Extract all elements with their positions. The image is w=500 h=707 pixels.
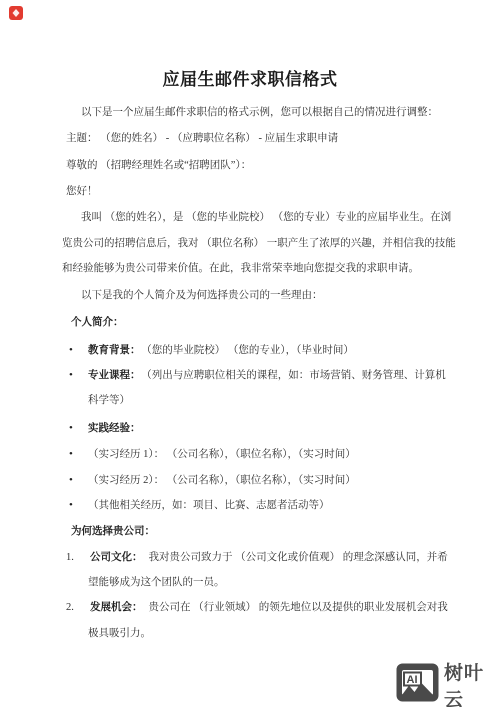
bullet-item-other: •（其他相关经历，如：项目、比赛、志愿者活动等） bbox=[69, 499, 330, 512]
bullet-icon: • bbox=[69, 448, 88, 461]
svg-text:AI: AI bbox=[407, 674, 418, 686]
bullet-icon: • bbox=[69, 369, 88, 382]
bullet-item-internship1: •（实习经历 1）： （公司名称），（职位名称），（实习时间） bbox=[69, 448, 356, 461]
bullet-label: 教育背景： bbox=[88, 345, 141, 356]
shuyeyun-logo-icon: AI bbox=[396, 663, 439, 707]
watermark-badge: AI 树叶云 bbox=[396, 658, 500, 707]
document-page: { "page": { "title": "应届生邮件求职信格式", "wate… bbox=[0, 0, 500, 707]
bullet-text: （列出与应聘职位相关的课程，如：市场营销、财务管理、计算机 bbox=[147, 370, 446, 381]
bullet-text: （实习经历 2）： （公司名称），（职位名称），（实习时间） bbox=[88, 475, 356, 486]
subject-line: 主题： （您的姓名） - （应聘职位名称） - 应届生求职申请 bbox=[66, 132, 338, 145]
numbered-label: 发展机会： bbox=[90, 602, 143, 613]
intro-paragraph: 以下是一个应届生邮件求职信的格式示例，您可以根据自己的情况进行调整： bbox=[81, 106, 438, 119]
body-line: 览贵公司的招聘信息后，我对 （职位名称） 一职产生了浓厚的兴趣，并相信我的技能 bbox=[62, 237, 456, 250]
page-title: 应届生邮件求职信格式 bbox=[0, 65, 500, 90]
body-line: 我叫 （您的姓名），是 （您的毕业院校） （您的专业）专业的应届毕业生。在浏 bbox=[81, 211, 451, 224]
section-heading-why: 为何选择贵公司： bbox=[71, 525, 155, 538]
bullet-icon: • bbox=[69, 344, 88, 357]
body-line: 以下是我的个人简介及为何选择贵公司的一些理由： bbox=[81, 289, 323, 302]
numbered-text: 贵公司在 （行业领域） 的领先地位以及提供的职业发展机会对我 bbox=[149, 602, 448, 613]
list-number: 2. bbox=[66, 601, 90, 614]
bullet-item-education: •教育背景：（您的毕业院校） （您的专业），（毕业时间） bbox=[69, 344, 354, 357]
numbered-label: 公司文化： bbox=[90, 552, 143, 563]
bullet-icon: • bbox=[69, 422, 88, 435]
numbered-continuation: 望能够成为这个团队的一员。 bbox=[88, 576, 225, 589]
bullet-icon: • bbox=[69, 499, 88, 512]
bullet-label: 专业课程： bbox=[88, 370, 141, 381]
site-logo-icon bbox=[9, 6, 23, 20]
bullet-text: （实习经历 1）： （公司名称），（职位名称），（实习时间） bbox=[88, 449, 356, 460]
body-line: 和经验能够为贵公司带来价值。在此，我非常荣幸地向您提交我的求职申请。 bbox=[62, 262, 419, 275]
salutation-line: 尊敬的 （招聘经理姓名或“招聘团队”）： bbox=[66, 159, 251, 172]
bullet-continuation: 科学等） bbox=[88, 394, 130, 407]
numbered-continuation: 极具吸引力。 bbox=[88, 627, 151, 640]
bullet-item-internship2: •（实习经历 2）： （公司名称），（职位名称），（实习时间） bbox=[69, 474, 356, 487]
bullet-text: （其他相关经历，如：项目、比赛、志愿者活动等） bbox=[88, 500, 330, 511]
numbered-text: 我对贵公司致力于 （公司文化或价值观） 的理念深感认同，并希 bbox=[149, 552, 448, 563]
list-number: 1. bbox=[66, 551, 90, 564]
bullet-item-experience: •实践经验： bbox=[69, 422, 141, 435]
bullet-icon: • bbox=[69, 474, 88, 487]
greeting-line: 您好！ bbox=[66, 185, 98, 198]
bullet-text: （您的毕业院校） （您的专业），（毕业时间） bbox=[147, 345, 354, 356]
section-heading-profile: 个人简介： bbox=[71, 316, 124, 329]
watermark-brand-text: 树叶云 bbox=[444, 658, 500, 707]
bullet-label: 实践经验： bbox=[88, 423, 141, 434]
numbered-item-development: 2.发展机会：贵公司在 （行业领域） 的领先地位以及提供的职业发展机会对我 bbox=[66, 601, 448, 614]
numbered-item-culture: 1.公司文化：我对贵公司致力于 （公司文化或价值观） 的理念深感认同，并希 bbox=[66, 551, 448, 564]
bullet-item-courses: •专业课程：（列出与应聘职位相关的课程，如：市场营销、财务管理、计算机 bbox=[69, 369, 446, 382]
